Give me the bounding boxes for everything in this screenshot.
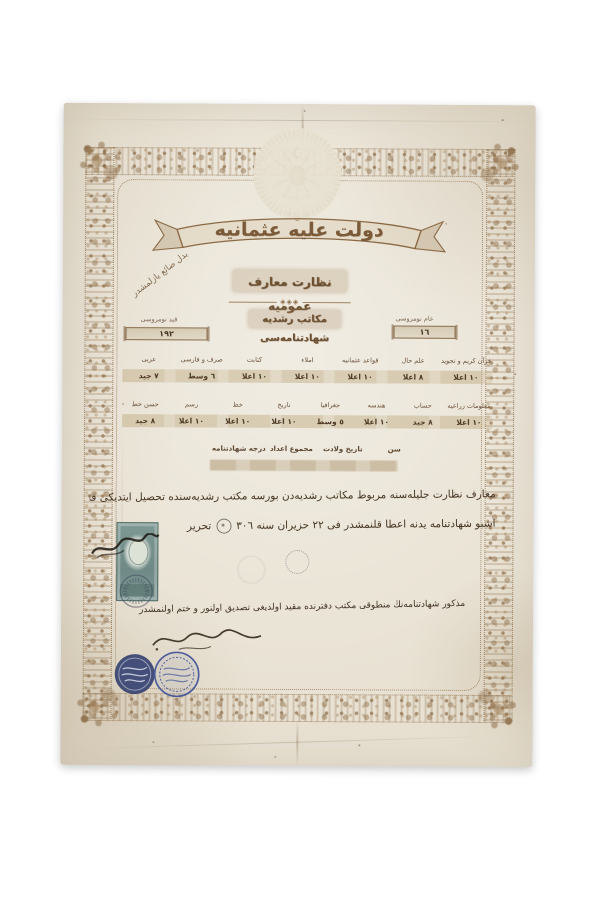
divider-ornament: ◈◈◈	[229, 298, 351, 307]
header-line-1: نظارت معارف عموميه	[233, 270, 347, 293]
ink-flourish-circle	[216, 519, 231, 534]
body-line-2b: تحرير	[187, 520, 211, 532]
divider-gems: ◈◈◈	[277, 298, 302, 306]
subject-label: صرف و فارسى	[175, 355, 228, 363]
faint-round-seal	[237, 556, 265, 584]
subject-label: رسم	[168, 400, 214, 408]
emblem-backing	[253, 128, 341, 220]
summary-strip	[210, 460, 398, 472]
body-line-2a: اشبو شهادتنامه يدنه اعطا قلنمشدر فى ٢٢ ح…	[236, 518, 495, 532]
grade-value: ٨ جيد	[400, 416, 446, 429]
corner-flourish	[472, 681, 518, 731]
grade-value: ٥ وسط	[307, 415, 353, 428]
subject-label: علم حال	[387, 356, 440, 364]
grade-value: ١٠ اعلا	[215, 415, 261, 428]
grade-value: ١٠ اعلا	[446, 416, 492, 429]
grade-value: ٦ وسط	[175, 369, 228, 382]
navy-circular-seal	[113, 652, 157, 700]
header-line-2: مكاتب رشديه شهادتنامه‌سى	[249, 310, 341, 328]
divider-rule	[302, 302, 350, 303]
subject-label: هندسه	[353, 401, 399, 409]
paper-specks	[64, 103, 66, 105]
grade-value: ١٠ اعلا	[281, 370, 334, 383]
summary-label: مجموع اعداد	[266, 445, 317, 453]
subject-label: تاريخ	[261, 401, 307, 409]
corner-flourish	[475, 141, 521, 191]
summary-label: درجه شهادتنامه	[212, 445, 266, 453]
registry-left-box: ١٩٢	[125, 327, 207, 340]
subject-label: خط	[215, 401, 261, 409]
subject-label: حسن خط	[122, 400, 168, 408]
ornate-border-left	[83, 147, 115, 719]
grades-row-1: ١٠ اعلا ٨ اعلا ١٠ اعلا ١٠ اعلا ١٠ اعلا ٦…	[122, 369, 492, 384]
corner-flourish	[77, 139, 123, 189]
subject-label: املاء	[281, 356, 334, 364]
subject-label: عربى	[122, 355, 175, 363]
ribbon-banner: دولت عليه عثمانيه	[149, 209, 449, 263]
grade-value: ١٠ اعلا	[353, 415, 399, 428]
grade-value: ٨ جيد	[122, 414, 168, 427]
blue-outline-circular-seal	[152, 649, 202, 703]
summary-label: تاريخ ولادت	[317, 445, 368, 453]
registry-left-label: قيد نومروسى	[141, 315, 178, 323]
paper-crease	[90, 736, 490, 749]
subject-label: قواعد عثمانيه	[334, 356, 387, 364]
subject-label: معلومات زراعيه	[446, 402, 492, 410]
banner-title: دولت عليه عثمانيه	[149, 218, 449, 242]
subject-label: جغرافيا	[307, 401, 353, 409]
subject-label: حساب	[400, 402, 446, 410]
subject-label: قرآن كريم و تجويد	[440, 357, 493, 365]
grade-value: ٧ جيد	[122, 369, 175, 382]
grade-value: ١٠ اعلا	[168, 414, 214, 427]
certificate-paper: دولت عليه عثمانيه بدل ضائع يازلمشدر نظار…	[60, 103, 535, 767]
summary-labels: سن تاريخ ولادت مجموع اعداد درجه شهادتنام…	[212, 445, 420, 454]
ink-overprint-scribble	[89, 533, 161, 563]
summary-label: سن	[368, 445, 419, 453]
paper-crease	[64, 119, 536, 122]
ornate-border-right	[484, 149, 516, 721]
subject-label: كتابت	[228, 356, 281, 364]
grade-value: ١٠ اعلا	[228, 370, 281, 383]
registry-right-label: عام نومروسى	[396, 315, 434, 323]
registry-right-box: ١٦	[394, 325, 456, 338]
grades-row-2: ١٠ اعلا ٨ جيد ١٠ اعلا ٥ وسط ١٠ اعلا ١٠ ا…	[122, 414, 492, 429]
faint-round-seal	[285, 550, 309, 574]
divider-rule	[229, 301, 277, 302]
grade-value: ٨ اعلا	[387, 370, 440, 383]
grade-value: ١٠ اعلا	[261, 415, 307, 428]
photograph: دولت عليه عثمانيه بدل ضائع يازلمشدر نظار…	[0, 0, 600, 900]
grade-value: ١٠ اعلا	[334, 370, 387, 383]
grade-value: ١٠ اعلا	[439, 371, 492, 384]
